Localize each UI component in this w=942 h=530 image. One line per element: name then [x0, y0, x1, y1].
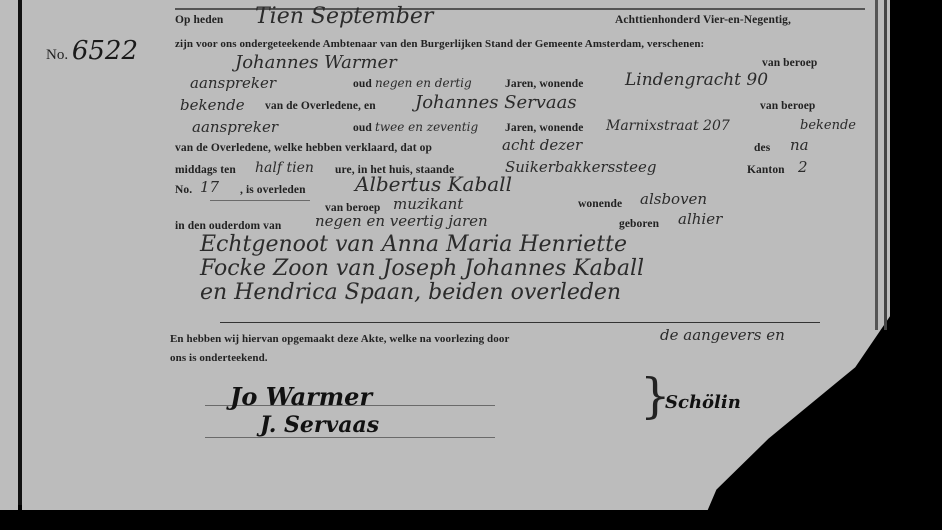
hw-declarant2-name: Johannes Servaas — [415, 92, 577, 113]
border-rule — [884, 0, 887, 330]
printed-jaren-wonende-2: Jaren, wonende — [505, 122, 584, 134]
printed-geboren: geboren — [619, 218, 659, 230]
hw-remarks-line2: Focke Zoon van Joseph Johannes Kaball — [200, 256, 644, 281]
closing-rule — [220, 322, 820, 323]
printed-wonende: wonende — [578, 198, 622, 210]
border-rule — [875, 0, 878, 330]
hw-birthplace: alhier — [678, 210, 722, 228]
hw-declarant1-relation: bekende — [180, 96, 245, 114]
record-number-label: No. — [46, 47, 68, 63]
hw-declarant1-address: Lindengracht 90 — [625, 70, 768, 90]
hw-remarks-line1: Echtgenoot van Anna Maria Henriette — [200, 232, 627, 257]
hw-date-of-death: acht dezer — [502, 136, 582, 154]
printed-des: des — [754, 142, 770, 154]
hw-date: Tien September — [255, 4, 433, 29]
printed-op-heden: Op heden — [175, 14, 223, 26]
adjacent-page-edge — [0, 0, 18, 510]
hw-declarant2-relation: bekende — [800, 118, 856, 133]
hw-read-to: de aangevers en — [660, 326, 785, 344]
printed-middags-ten: middags ten — [175, 164, 236, 176]
hw-deceased-residence: alsboven — [640, 190, 707, 208]
hw-declarant2-address: Marnixstraat 207 — [606, 118, 730, 134]
printed-oud-2: oud — [353, 122, 372, 134]
hw-street: Suikerbakkerssteeg — [505, 158, 656, 176]
printed-intro: zijn voor ons ondergeteekende Ambtenaar … — [175, 38, 704, 50]
binding-rule — [18, 0, 22, 505]
hw-declarant1-profession: aanspreker — [190, 74, 276, 92]
printed-van-beroep: van beroep — [762, 57, 817, 69]
signature-declarant2: J. Servaas — [260, 412, 379, 438]
signature-official: Schölin — [665, 392, 741, 413]
printed-is-overleden: , is overleden — [240, 184, 306, 196]
printed-no: No. — [175, 184, 192, 196]
printed-van-de-overledene-en: van de Overledene, en — [265, 100, 376, 112]
hw-declarant1-age: negen en dertig — [375, 76, 472, 90]
hw-part-of-day: na — [790, 136, 809, 154]
hw-deceased-name: Albertus Kaball — [355, 172, 512, 196]
signature-declarant1: Jo Warmer — [230, 382, 372, 411]
printed-verklaard: van de Overledene, welke hebben verklaar… — [175, 142, 432, 154]
hw-deceased-profession: muzikant — [393, 195, 463, 213]
printed-van-beroep-2: van beroep — [760, 100, 815, 112]
printed-year: Achttienhonderd Vier-en-Negentig, — [615, 14, 791, 26]
record-number: No. 6522 — [46, 36, 138, 66]
printed-ouderdom: in den ouderdom van — [175, 220, 281, 232]
record-number-value: 6522 — [72, 36, 138, 66]
printed-jaren-wonende: Jaren, wonende — [505, 78, 584, 90]
printed-kanton: Kanton — [747, 164, 785, 176]
hw-deceased-age: negen en veertig jaren — [315, 212, 488, 230]
hw-hour: half tien — [255, 160, 314, 176]
hw-declarant2-profession: aanspreker — [192, 118, 278, 136]
printed-closing-2: ons is onderteekend. — [170, 352, 268, 364]
printed-closing-1: En hebben wij hiervan opgemaakt deze Akt… — [170, 333, 509, 345]
hw-house-number: 17 — [200, 178, 219, 196]
hw-kanton-number: 2 — [798, 158, 808, 176]
hw-remarks-line3: en Hendrica Spaan, beiden overleden — [200, 280, 621, 305]
printed-oud: oud — [353, 78, 372, 90]
hw-declarant2-age: twee en zeventig — [375, 120, 478, 134]
fill-line — [210, 200, 310, 201]
hw-declarant1-name: Johannes Warmer — [235, 52, 397, 73]
